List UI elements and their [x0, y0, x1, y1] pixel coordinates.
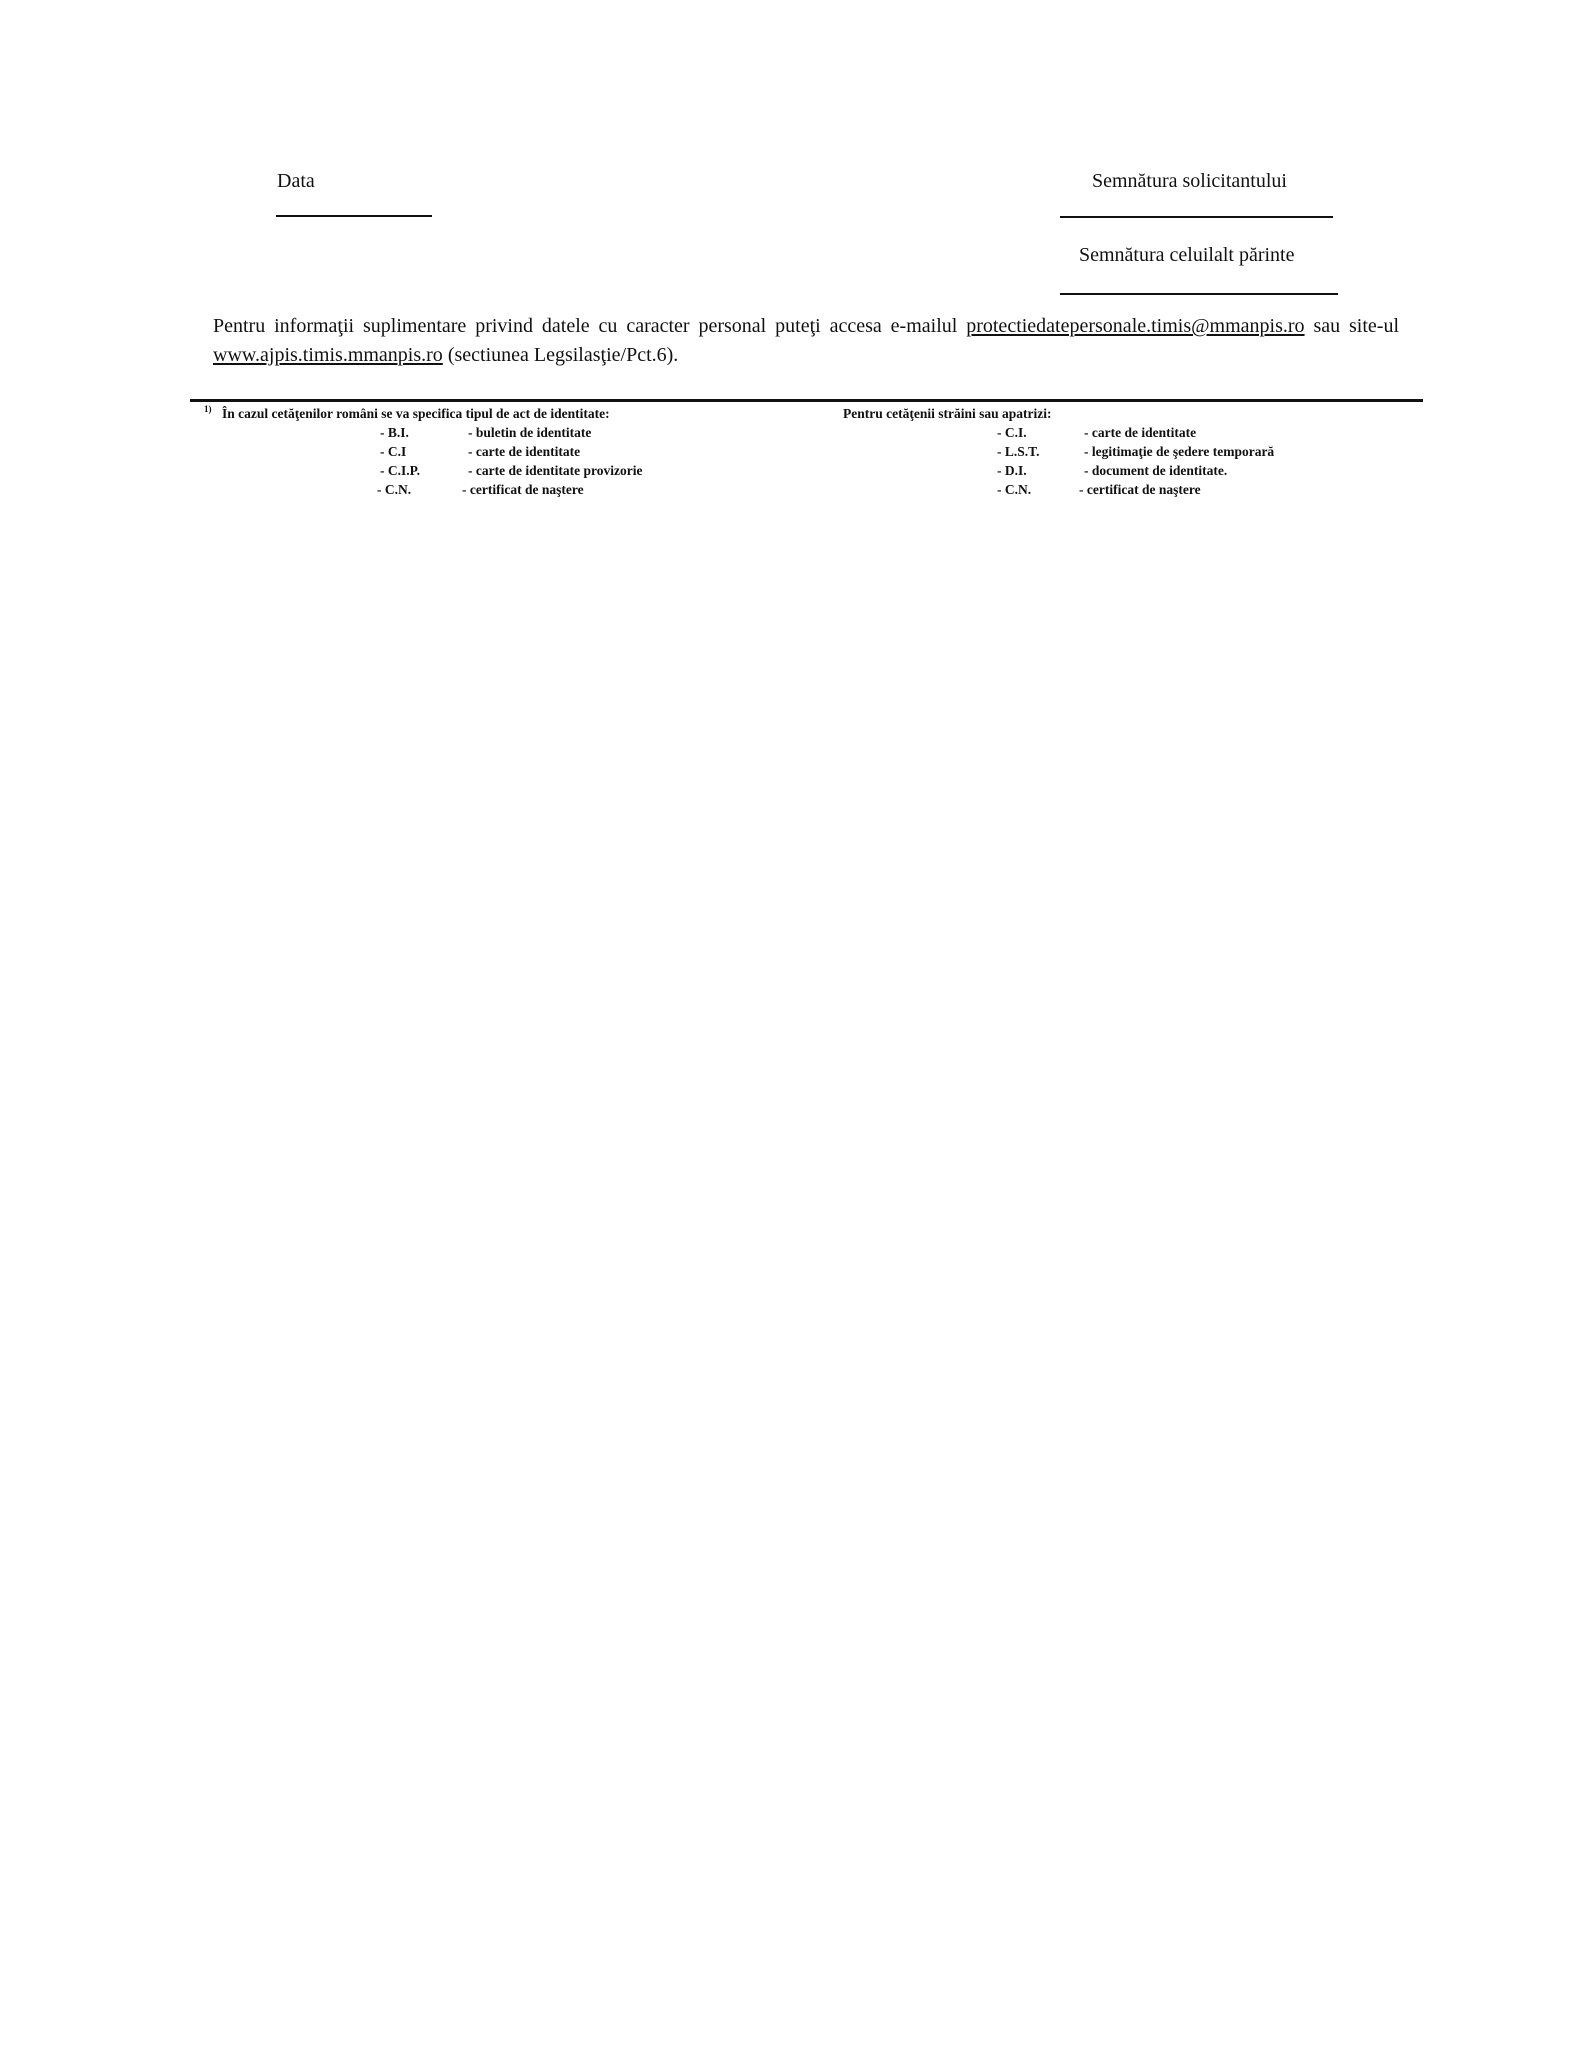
id-code: - L.S.T. — [997, 442, 1040, 461]
website-link[interactable]: www.ajpis.timis.mmanpis.ro — [213, 344, 443, 366]
id-code: - D.I. — [997, 461, 1027, 480]
id-code: - C.N. — [997, 480, 1031, 499]
privacy-notice-text-between: sau site-ul — [1305, 315, 1399, 337]
footnote-romanian-heading: În cazul cetăţenilor români se va specif… — [222, 404, 610, 423]
footnote-foreign-heading: Pentru cetăţenii străini sau apatrizi: — [843, 404, 1051, 423]
privacy-notice-text: Pentru informaţii suplimentare privind d… — [213, 315, 966, 337]
id-description: - certificat de naştere — [1079, 480, 1201, 499]
privacy-notice-text-after: (sectiunea Legsilasţie/Pct.6). — [443, 344, 678, 366]
id-description: - carte de identitate — [1084, 423, 1196, 442]
applicant-signature-label: Semnătura solicitantului — [1092, 169, 1287, 193]
date-signature-line — [276, 215, 432, 217]
id-description: - carte de identitate provizorie — [468, 461, 642, 480]
other-parent-signature-label: Semnătura celuilalt părinte — [1079, 243, 1294, 267]
applicant-signature-line — [1060, 216, 1333, 218]
id-code: - C.I — [380, 442, 406, 461]
id-code: - C.I. — [997, 423, 1027, 442]
id-code: - B.I. — [380, 423, 409, 442]
privacy-notice: Pentru informaţii suplimentare privind d… — [213, 312, 1399, 370]
id-code: - C.N. — [377, 480, 411, 499]
id-description: - carte de identitate — [468, 442, 580, 461]
footnote-marker: 1) — [204, 404, 212, 414]
id-description: - legitimaţie de şedere temporară — [1084, 442, 1274, 461]
privacy-email-link[interactable]: protectiedatepersonale.timis@mmanpis.ro — [966, 315, 1304, 337]
id-description: - buletin de identitate — [468, 423, 591, 442]
footnote-separator — [190, 399, 1423, 402]
other-parent-signature-line — [1060, 293, 1338, 295]
date-label: Data — [277, 169, 315, 193]
id-description: - document de identitate. — [1084, 461, 1227, 480]
id-description: - certificat de naştere — [462, 480, 584, 499]
id-code: - C.I.P. — [380, 461, 420, 480]
